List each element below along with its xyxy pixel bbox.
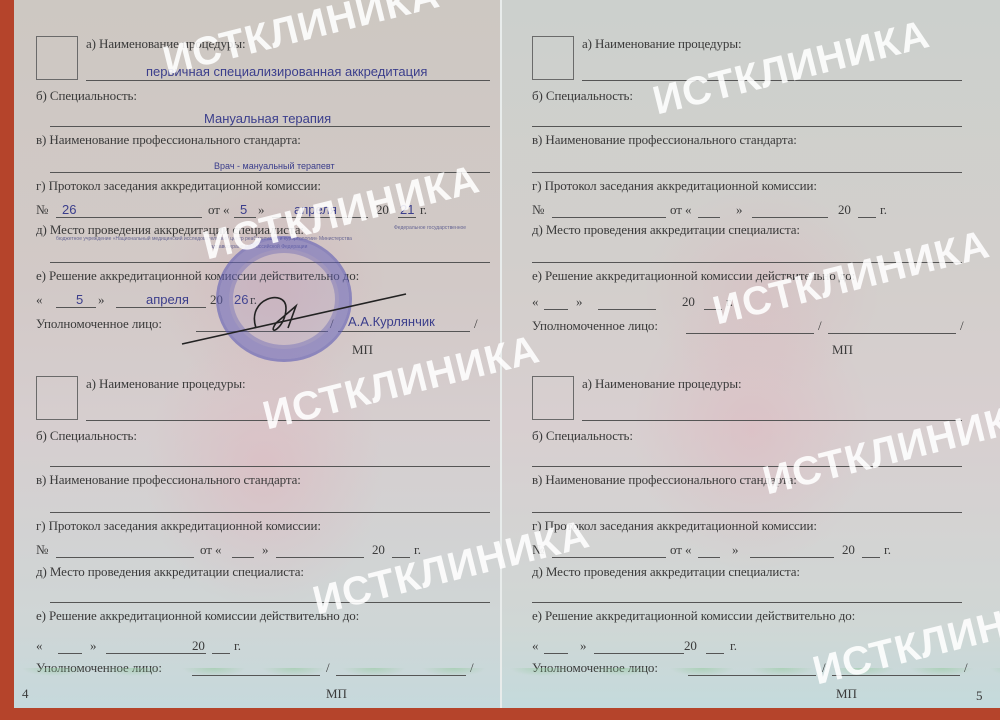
prof-standard-line xyxy=(50,172,490,173)
protocol-number-value: 26 xyxy=(62,202,76,217)
valid-month-line xyxy=(598,309,656,310)
specialty-label: б) Специальность: xyxy=(532,428,633,444)
valid-quote-open: « xyxy=(36,292,42,308)
decision-label: е) Решение аккредитационной комиссии дей… xyxy=(36,608,359,624)
valid-quote-open: « xyxy=(532,294,538,310)
prof-standard-line xyxy=(50,512,490,513)
decorative-border xyxy=(14,668,500,708)
protocol-quote-close: » xyxy=(736,202,742,218)
protocol-number-sign: № xyxy=(36,202,48,218)
authorized-name-line xyxy=(828,333,956,334)
protocol-quote-close: » xyxy=(258,202,264,218)
protocol-year-suffix: г. xyxy=(414,542,421,558)
protocol-quote-close: » xyxy=(262,542,268,558)
protocol-quote-close: » xyxy=(732,542,738,558)
protocol-century: 20 xyxy=(376,202,389,218)
protocol-year-line xyxy=(862,557,880,558)
signature-mark xyxy=(176,268,416,348)
valid-month-line xyxy=(594,653,684,654)
valid-year-suffix: г. xyxy=(726,294,733,310)
protocol-label: г) Протокол заседания аккредитационной к… xyxy=(36,518,321,534)
place-label: д) Место проведения аккредитации специал… xyxy=(532,564,800,580)
protocol-month-line xyxy=(750,557,834,558)
procedure-label: а) Наименование процедуры: xyxy=(582,376,741,392)
specialty-line xyxy=(50,466,490,467)
valid-year-line xyxy=(706,653,724,654)
slash-end: / xyxy=(474,316,478,332)
protocol-year-line xyxy=(858,217,876,218)
prof-standard-label: в) Наименование профессионального станда… xyxy=(532,132,797,148)
protocol-year-line xyxy=(398,217,416,218)
protocol-year-suffix: г. xyxy=(880,202,887,218)
protocol-year-suffix: г. xyxy=(884,542,891,558)
valid-quote-open: « xyxy=(532,638,538,654)
procedure-label: а) Наименование процедуры: xyxy=(86,36,245,52)
prof-standard-label: в) Наименование профессионального станда… xyxy=(36,472,301,488)
valid-day-line xyxy=(544,309,568,310)
protocol-from: от « xyxy=(200,542,221,558)
valid-day-line xyxy=(58,653,82,654)
procedure-line xyxy=(582,80,962,81)
protocol-number-sign: № xyxy=(532,202,544,218)
procedure-label: а) Наименование процедуры: xyxy=(582,36,741,52)
left-page: а) Наименование процедуры: первичная спе… xyxy=(14,0,500,708)
protocol-month-line xyxy=(272,217,368,218)
protocol-century: 20 xyxy=(838,202,851,218)
valid-month-line xyxy=(106,653,206,654)
valid-year-suffix: г. xyxy=(730,638,737,654)
entry-checkbox xyxy=(532,36,574,80)
protocol-number-sign: № xyxy=(532,542,544,558)
prof-standard-value: Врач - мануальный терапевт xyxy=(214,161,335,171)
protocol-day-value: 5 xyxy=(240,202,247,217)
place-line xyxy=(532,262,962,263)
specialty-line xyxy=(50,126,490,127)
authorized-label: Уполномоченное лицо: xyxy=(532,318,658,334)
mp-label: МП xyxy=(832,342,853,358)
protocol-from: от « xyxy=(670,202,691,218)
specialty-label: б) Специальность: xyxy=(532,88,633,104)
specialty-label: б) Специальность: xyxy=(36,428,137,444)
decision-label: е) Решение аккредитационной комиссии дей… xyxy=(532,608,855,624)
valid-year-line xyxy=(212,653,230,654)
place-line xyxy=(532,602,962,603)
accreditation-entry-1: а) Наименование процедуры: первичная спе… xyxy=(36,36,476,356)
protocol-number-line xyxy=(56,217,202,218)
slash: / xyxy=(818,318,822,334)
valid-day-value: 5 xyxy=(76,292,83,307)
valid-century: 20 xyxy=(684,638,697,654)
entry-checkbox xyxy=(532,376,574,420)
valid-day-line xyxy=(56,307,96,308)
signature-line xyxy=(686,333,814,334)
specialty-line xyxy=(532,466,962,467)
prof-standard-label: в) Наименование профессионального станда… xyxy=(36,132,301,148)
place-line xyxy=(50,602,490,603)
specialty-value: Мануальная терапия xyxy=(204,111,331,126)
accreditation-entry-3: а) Наименование процедуры: б) Специально… xyxy=(532,36,972,356)
protocol-number-line xyxy=(552,557,666,558)
valid-century: 20 xyxy=(192,638,205,654)
procedure-value: первичная специализированная аккредитаци… xyxy=(146,64,427,79)
valid-quote-close: » xyxy=(90,638,96,654)
accreditation-entry-4: а) Наименование процедуры: б) Специально… xyxy=(532,376,972,696)
procedure-label: а) Наименование процедуры: xyxy=(86,376,245,392)
specialty-line xyxy=(532,126,962,127)
valid-quote-open: « xyxy=(36,638,42,654)
protocol-label: г) Протокол заседания аккредитационной к… xyxy=(532,518,817,534)
protocol-label: г) Протокол заседания аккредитационной к… xyxy=(36,178,321,194)
protocol-from: от « xyxy=(670,542,691,558)
slash-end: / xyxy=(960,318,964,334)
prof-standard-line xyxy=(532,512,962,513)
protocol-year-line xyxy=(392,557,410,558)
valid-day-line xyxy=(544,653,568,654)
protocol-label: г) Протокол заседания аккредитационной к… xyxy=(532,178,817,194)
place-label: д) Место проведения аккредитации специал… xyxy=(532,222,800,238)
protocol-year-value: 21 xyxy=(400,202,414,217)
protocol-number-line xyxy=(552,217,666,218)
prof-standard-line xyxy=(532,172,962,173)
place-label: д) Место проведения аккредитации специал… xyxy=(36,564,304,580)
protocol-day-line xyxy=(698,217,720,218)
accreditation-entry-2: а) Наименование процедуры: б) Специально… xyxy=(36,376,476,696)
decision-label: е) Решение аккредитационной комиссии дей… xyxy=(532,268,855,284)
protocol-number-sign: № xyxy=(36,542,48,558)
entry-checkbox xyxy=(36,376,78,420)
procedure-line xyxy=(86,80,490,81)
valid-quote-close: » xyxy=(580,638,586,654)
protocol-month-line xyxy=(752,217,828,218)
valid-quote-close: » xyxy=(576,294,582,310)
protocol-day-line xyxy=(232,557,254,558)
procedure-line xyxy=(582,420,962,421)
authorized-label: Уполномоченное лицо: xyxy=(36,316,162,332)
protocol-year-suffix: г. xyxy=(420,202,427,218)
protocol-century: 20 xyxy=(842,542,855,558)
prof-standard-label: в) Наименование профессионального станда… xyxy=(532,472,797,488)
protocol-century: 20 xyxy=(372,542,385,558)
protocol-from: от « xyxy=(208,202,229,218)
valid-quote-close: » xyxy=(98,292,104,308)
protocol-number-line xyxy=(56,557,194,558)
entry-checkbox xyxy=(36,36,78,80)
certificate-spread: а) Наименование процедуры: первичная спе… xyxy=(14,0,1000,708)
place-value-line1: Федеральное государственное xyxy=(394,225,466,231)
decorative-border xyxy=(502,668,1000,708)
specialty-label: б) Специальность: xyxy=(36,88,137,104)
protocol-day-line xyxy=(698,557,720,558)
protocol-day-line xyxy=(234,217,256,218)
valid-century: 20 xyxy=(682,294,695,310)
protocol-month-value: апреля xyxy=(294,202,337,217)
valid-year-line xyxy=(704,309,722,310)
protocol-month-line xyxy=(276,557,364,558)
valid-year-suffix: г. xyxy=(234,638,241,654)
right-page: а) Наименование процедуры: б) Специально… xyxy=(502,0,1000,708)
procedure-line xyxy=(86,420,490,421)
